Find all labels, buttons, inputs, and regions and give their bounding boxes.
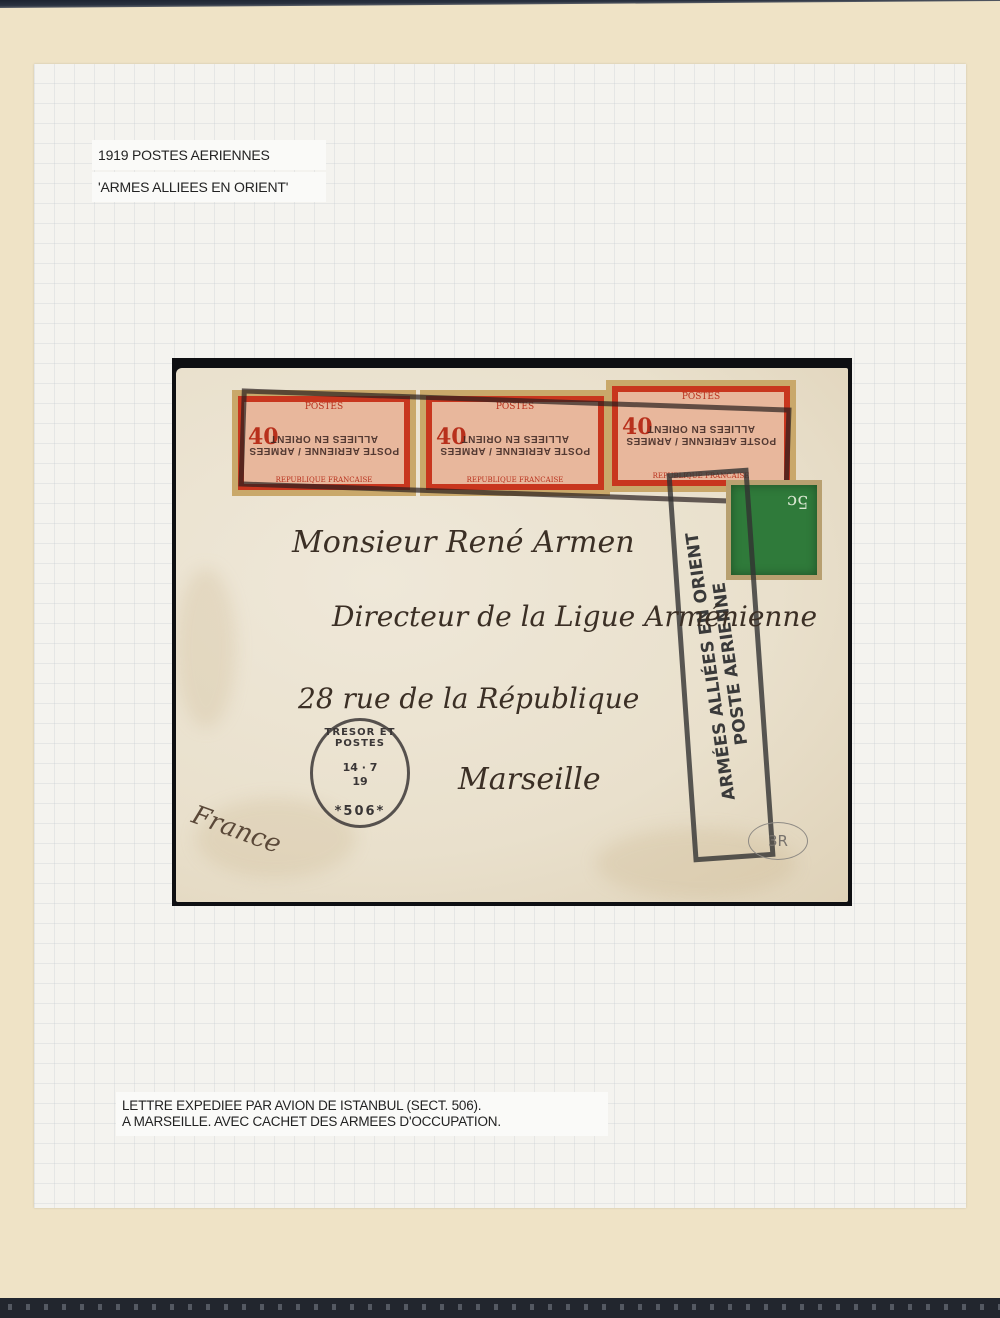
address-recipient: Monsieur René Armen [292, 525, 635, 560]
stamp-postes-label: POSTES [618, 392, 784, 402]
cachet-text: ARMÉES ALLIÉES EN ORIENT POSTE AERIENNE [682, 528, 759, 801]
page-subtitle: 'ARMES ALLIEES EN ORIENT' [92, 172, 326, 202]
album-binder-top-edge [0, 0, 1000, 8]
address-city: Marseille [458, 762, 601, 797]
postmark-sector: *506* [313, 804, 407, 819]
postmark-year: 19 [313, 775, 407, 789]
postmark-day-month: 14 · 7 [313, 761, 407, 775]
album-binder-bottom-edge [0, 1298, 1000, 1318]
caption-line-2: A MARSEILLE. AVEC CACHET DES ARMEES D'OC… [122, 1114, 602, 1130]
address-title: Directeur de la Ligue Arménienne [332, 600, 817, 633]
pencil-note: 3R [748, 822, 808, 860]
stain [176, 568, 236, 728]
caption-line-1: LETTRE EXPEDIEE PAR AVION DE ISTANBUL (S… [122, 1098, 602, 1114]
postmark-ring-text: TRESOR ET POSTES [313, 727, 407, 749]
page-title: 1919 POSTES AERIENNES [92, 140, 326, 170]
postmark-date: 14 · 7 19 [313, 761, 407, 789]
stamp-value: 5c [787, 491, 809, 512]
caption: LETTRE EXPEDIEE PAR AVION DE ISTANBUL (S… [116, 1092, 608, 1136]
postmark-tresor-et-postes: TRESOR ET POSTES 14 · 7 19 *506* [310, 718, 410, 828]
address-street: 28 rue de la République [298, 682, 639, 715]
